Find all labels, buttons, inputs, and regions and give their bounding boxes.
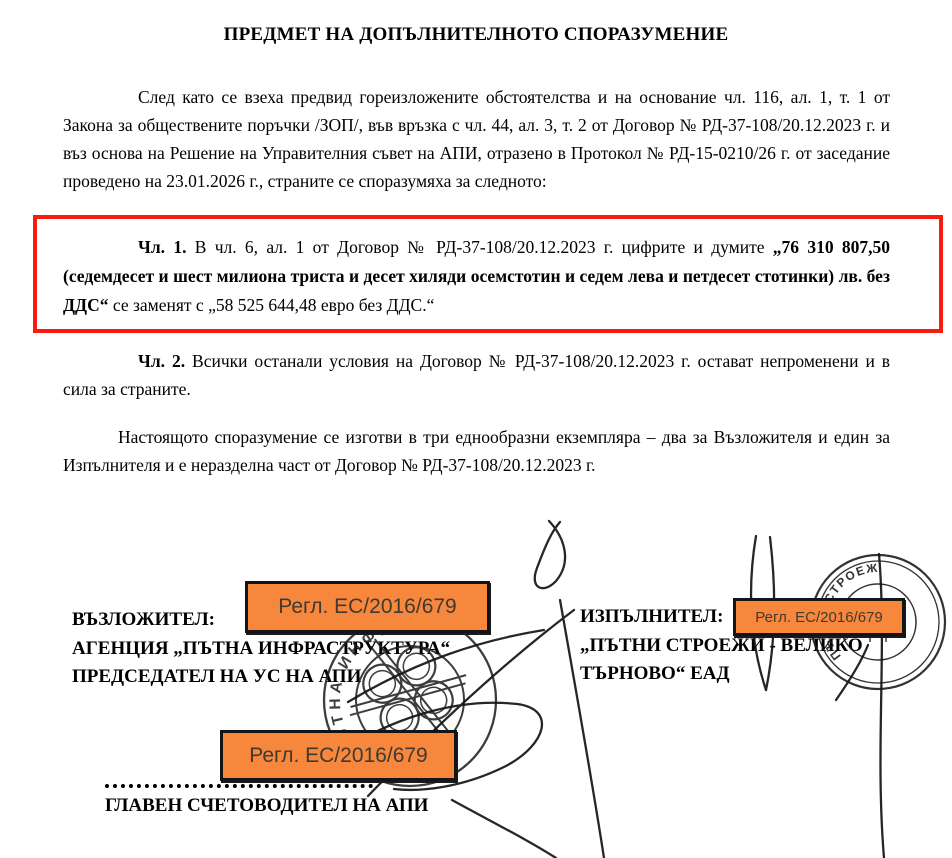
- article-1-text-after: се заменят с „58 525 644,48 евро без ДДС…: [108, 295, 434, 315]
- article-2-text: Всички останали условия на Договор № РД-…: [63, 351, 890, 399]
- assignor-org: АГЕНЦИЯ „ПЪТНА ИНФРАСТРУКТУРА“: [72, 635, 450, 664]
- closing-paragraph: Настоящото споразумение се изготви в три…: [63, 423, 890, 479]
- article-2-paragraph: Чл. 2. Всички останали условия на Догово…: [63, 347, 890, 403]
- assignor-position: ПРЕДСЕДАТЕЛ НА УС НА АПИ: [72, 663, 450, 692]
- intro-paragraph: След като се взеха предвид гореизложенит…: [63, 83, 890, 195]
- article-1-text-before: В чл. 6, ал. 1 от Договор № РД-37-108/20…: [186, 237, 772, 257]
- gdpr-stamp-top-left: Регл. ЕС/2016/679: [245, 581, 490, 633]
- gdpr-stamp-bottom-left: Регл. ЕС/2016/679: [220, 730, 457, 781]
- scanned-agreement-page: ПРЕДМЕТ НА ДОПЪЛНИТЕЛНОТО СПОРАЗУМЕНИЕ С…: [0, 0, 952, 858]
- chief-accountant-label: ГЛАВЕН СЧЕТОВОДИТЕЛ НА АПИ: [105, 795, 428, 817]
- right-signature: [751, 536, 884, 858]
- article-1-paragraph: Чл. 1. В чл. 6, ал. 1 от Договор № РД-37…: [63, 233, 890, 320]
- contractor-org-line2: ТЪРНОВО“ ЕАД: [580, 660, 863, 689]
- article-2-label: Чл. 2.: [138, 351, 185, 371]
- document-title: ПРЕДМЕТ НА ДОПЪЛНИТЕЛНОТО СПОРАЗУМЕНИЕ: [0, 24, 952, 46]
- gdpr-stamp-right: Регл. ЕС/2016/679: [733, 598, 905, 636]
- article-1-label: Чл. 1.: [138, 237, 186, 257]
- signature-dotted-line: [105, 784, 373, 788]
